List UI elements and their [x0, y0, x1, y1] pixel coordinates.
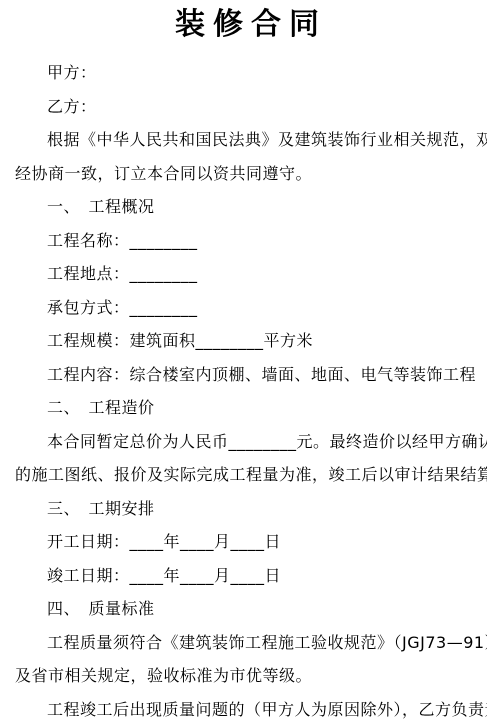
section-4-heading: 四、 质量标准 [15, 592, 487, 626]
quality-standard-line-2: 及省市相关规定，验收标准为市优等级。 [15, 659, 487, 693]
project-content-line: 工程内容：综合楼室内顶棚、墙面、地面、电气等装饰工程 [15, 358, 487, 392]
document-title: 装修合同 [15, 8, 487, 42]
contract-document: 装修合同 甲方： 乙方： 根据《中华人民共和国民法典》及建筑装饰行业相关规范，双… [0, 0, 500, 726]
quality-warranty-line: 工程竣工后出现质量问题的（甲方人为原因除外），乙方负责无 [15, 693, 487, 726]
preamble-line-1: 根据《中华人民共和国民法典》及建筑装饰行业相关规范，双方 [15, 123, 487, 157]
start-date-line: 开工日期：____年____月____日 [15, 525, 487, 559]
contract-price-line-2: 的施工图纸、报价及实际完成工程量为准，竣工后以审计结果结算。 [15, 458, 487, 492]
section-2-heading: 二、 工程造价 [15, 391, 487, 425]
project-scale-line: 工程规模：建筑面积________平方米 [15, 324, 487, 358]
party-b-line: 乙方： [15, 90, 487, 124]
section-1-heading: 一、 工程概况 [15, 190, 487, 224]
contract-price-line-1: 本合同暂定总价为人民币________元。最终造价以经甲方确认 [15, 425, 487, 459]
party-a-line: 甲方： [15, 56, 487, 90]
contracting-method-line: 承包方式：________ [15, 291, 487, 325]
preamble-line-2: 经协商一致，订立本合同以资共同遵守。 [15, 157, 487, 191]
quality-standard-line-1: 工程质量须符合《建筑装饰工程施工验收规范》（JGJ73—91） [15, 626, 487, 660]
section-3-heading: 三、 工期安排 [15, 492, 487, 526]
project-location-line: 工程地点：________ [15, 257, 487, 291]
completion-date-line: 竣工日期：____年____月____日 [15, 559, 487, 593]
document-body: 甲方： 乙方： 根据《中华人民共和国民法典》及建筑装饰行业相关规范，双方 经协商… [15, 56, 487, 726]
project-name-line: 工程名称：________ [15, 224, 487, 258]
